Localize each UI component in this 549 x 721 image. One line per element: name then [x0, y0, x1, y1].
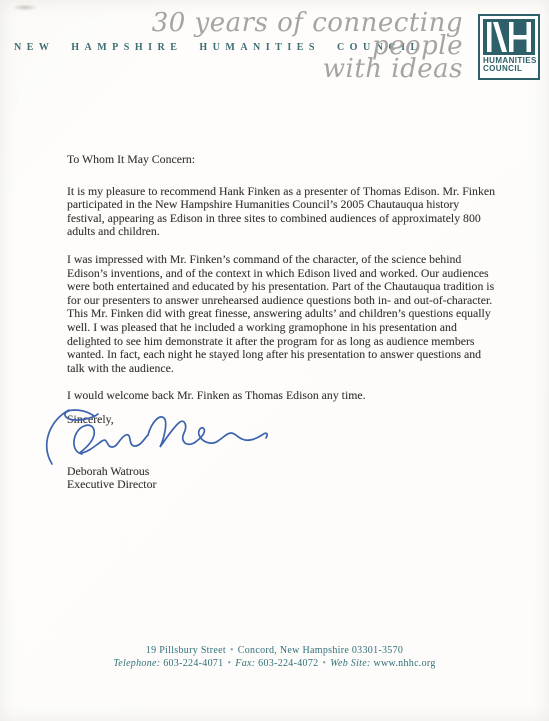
footer-address-line: 19 Pillsbury Street•Concord, New Hampshi…: [0, 644, 549, 657]
footer-contact-line: Telephone: 603-224-4071•Fax: 603-224-407…: [0, 657, 549, 670]
signer-name: Deborah Watrous: [67, 465, 497, 479]
footer-separator-1: •: [226, 645, 238, 656]
footer-fax-number: 603-224-4072: [258, 658, 318, 669]
paragraph-2: I was impressed with Mr. Finken’s comman…: [67, 253, 497, 375]
scan-artifact: [12, 4, 38, 11]
letterhead-footer: 19 Pillsbury Street•Concord, New Hampshi…: [0, 644, 549, 670]
footer-phone-label: Telephone:: [113, 658, 160, 669]
nh-monogram-icon: [483, 19, 535, 55]
paragraph-3: I would welcome back Mr. Finken as Thoma…: [67, 389, 497, 403]
footer-street: 19 Pillsbury Street: [146, 645, 226, 656]
footer-separator-2: •: [223, 658, 235, 669]
tagline-line-3: with ideas: [152, 58, 463, 81]
nh-humanities-council-logo: HUMANITIES COUNCIL: [478, 14, 540, 80]
footer-city: Concord, New Hampshire 03301-3570: [238, 645, 403, 656]
scanned-letter-page: NEW HAMPSHIRE HUMANITIES COUNCIL 30 year…: [0, 0, 549, 721]
anniversary-tagline: 30 years of connecting people with ideas: [152, 12, 463, 81]
logo-text-line-2: COUNCIL: [483, 65, 535, 73]
footer-separator-3: •: [318, 658, 330, 669]
footer-fax-label: Fax:: [235, 658, 255, 669]
signer-title: Executive Director: [67, 478, 497, 492]
footer-phone-number: 603-224-4071: [163, 658, 223, 669]
letter-body: To Whom It May Concern: It is my pleasur…: [67, 153, 497, 492]
closing: Sincerely,: [67, 413, 497, 427]
salutation: To Whom It May Concern:: [67, 153, 497, 167]
paragraph-1: It is my pleasure to recommend Hank Fink…: [67, 185, 497, 239]
footer-web-url: www.nhhc.org: [373, 658, 435, 669]
footer-web-label: Web Site:: [330, 658, 370, 669]
